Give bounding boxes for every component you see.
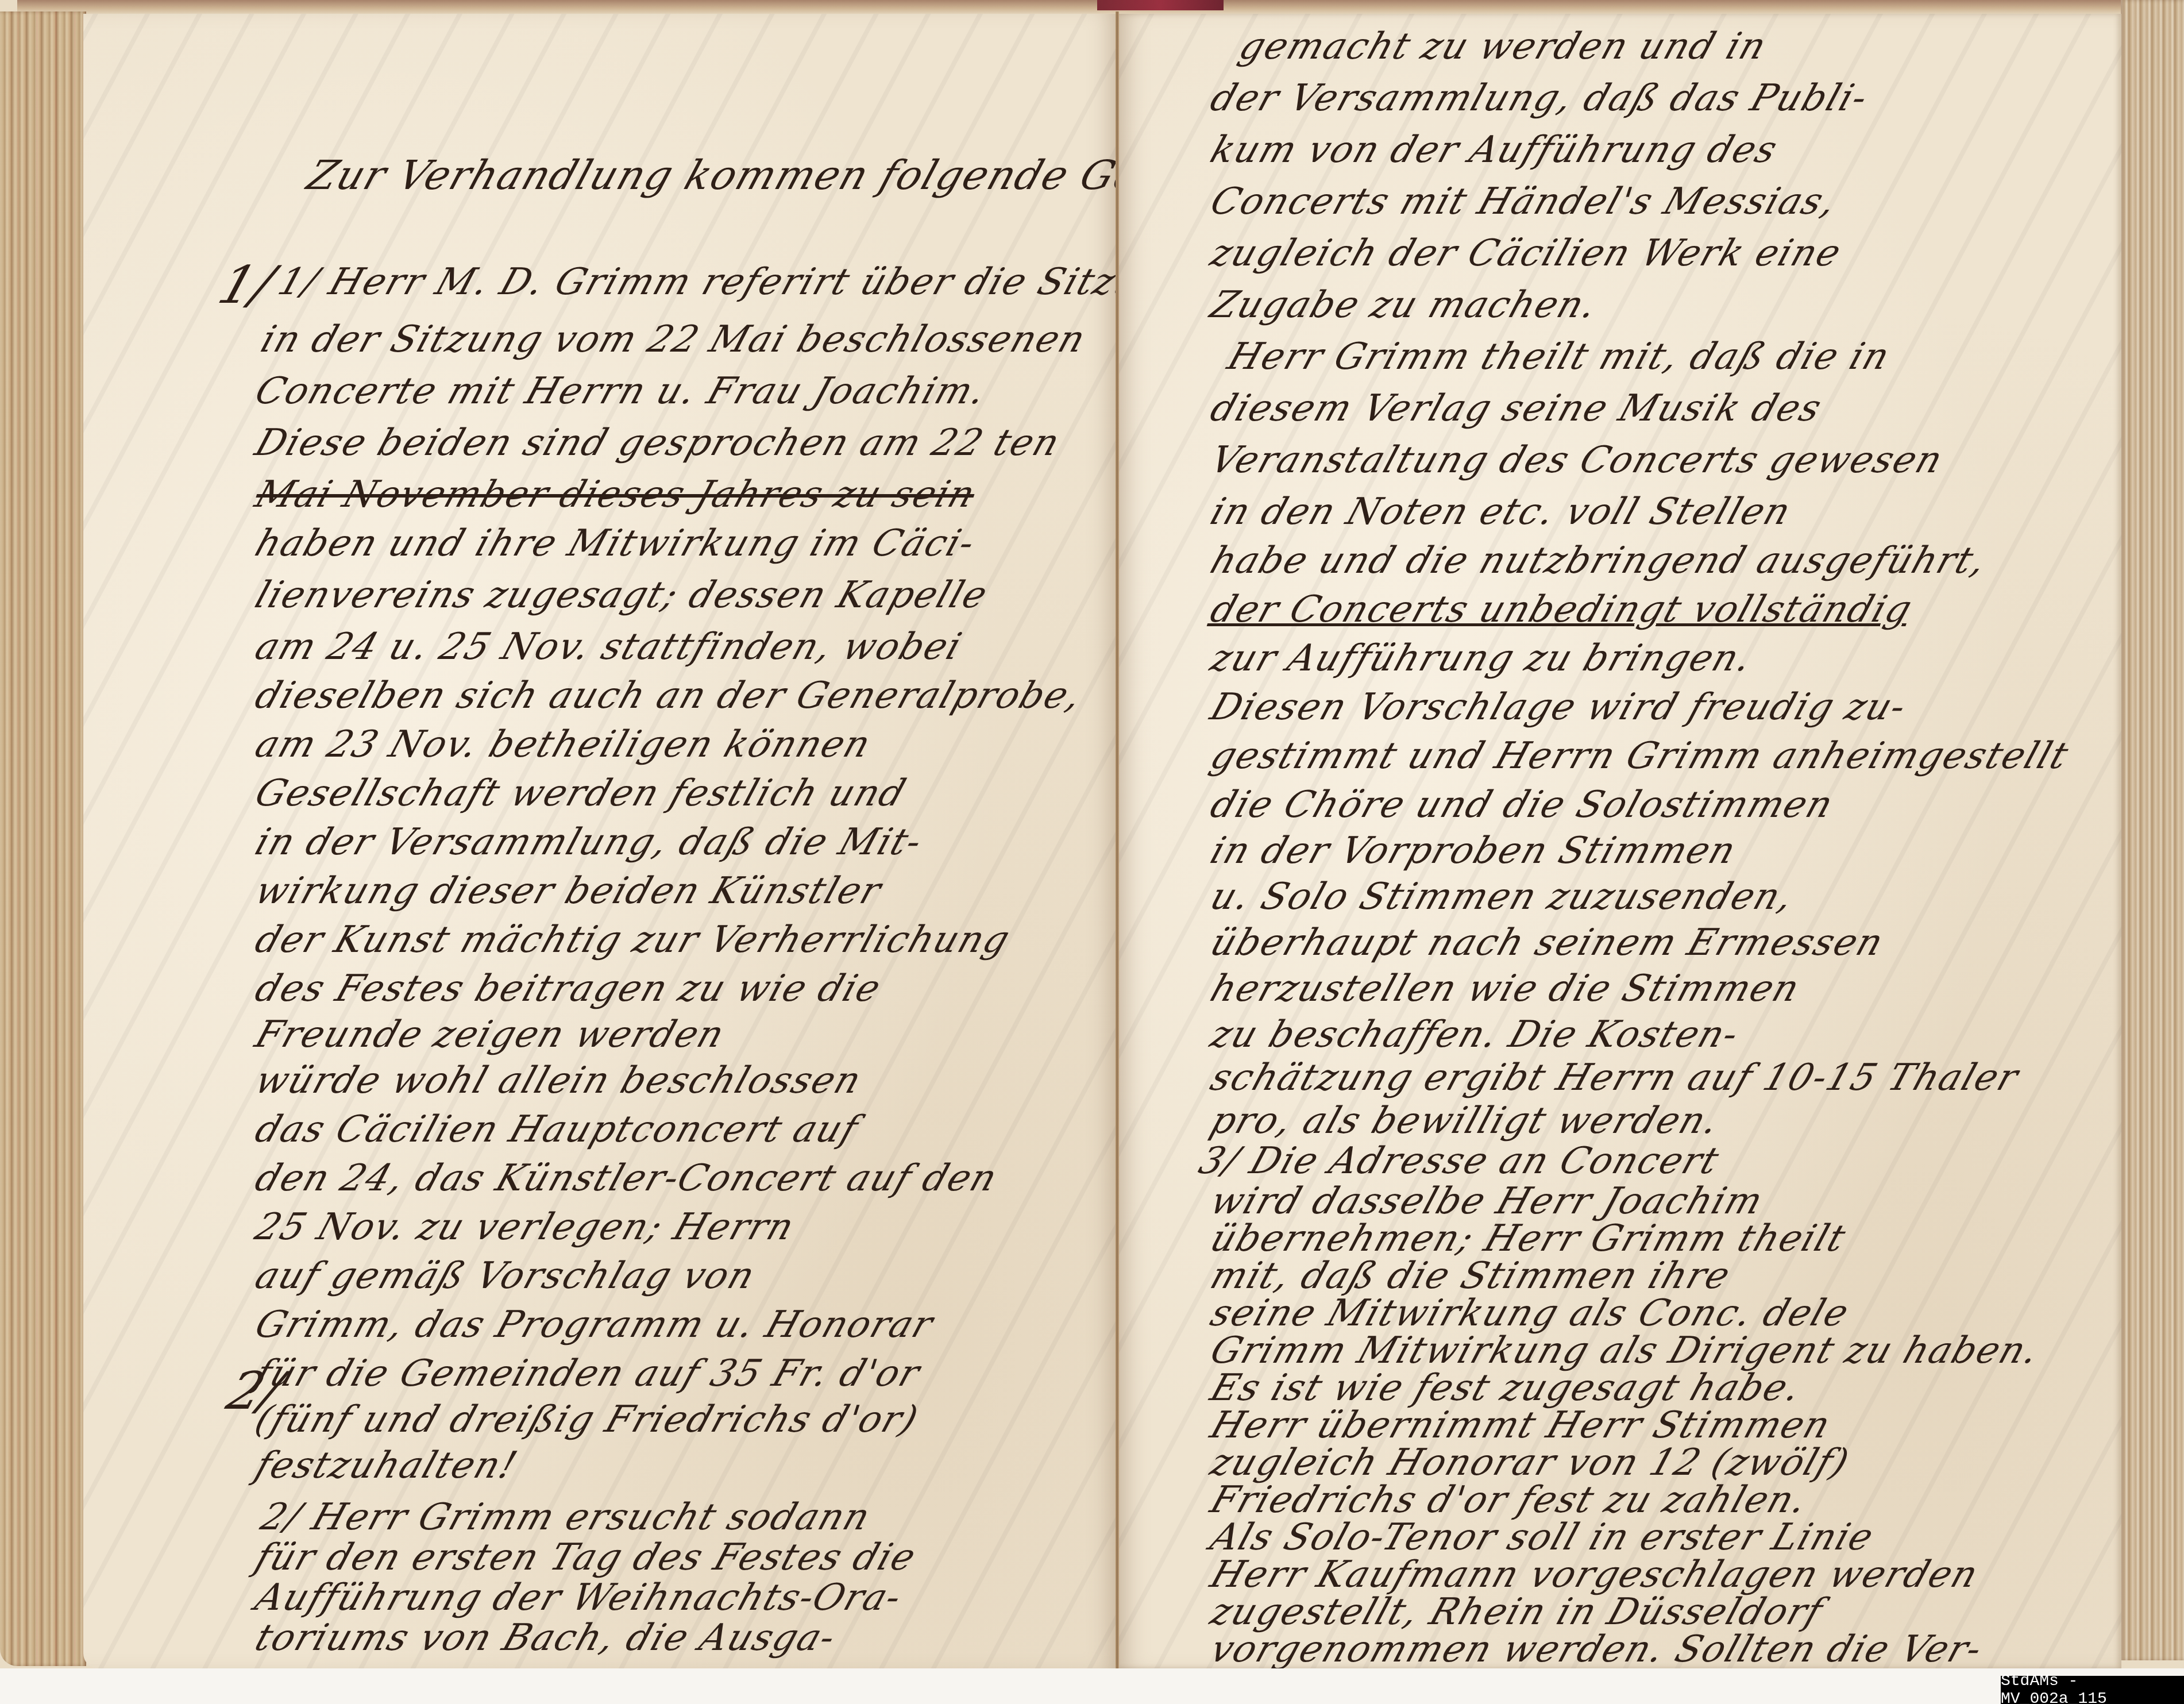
top-page-edges <box>17 0 2184 14</box>
item-3-line-7: Es ist wie fest zugesagt habe. <box>1205 1367 1807 1409</box>
left-line-5: Mai November dieses Jahres zu sein <box>250 473 981 516</box>
left-page: Zur Verhandlung kommen folgende Gegenstä… <box>83 14 1117 1668</box>
left-line-23: für die Gemeinden auf 35 Fr. d'or <box>250 1352 926 1395</box>
left-line-16: Freunde zeigen werden <box>250 1013 730 1056</box>
spine-headband <box>1097 0 1224 10</box>
left-line-9: dieselben sich auch an der Generalprobe, <box>250 674 1088 717</box>
margin-mark-item-1: 1/ <box>211 255 281 315</box>
item-2-line-1: 2/ Herr Grimm ersucht sodann <box>256 1496 876 1539</box>
right-line-16: die Chöre und die Solostimmen <box>1205 784 1839 826</box>
item-3-line-12: Herr Kaufmann vorgeschlagen werden <box>1205 1553 1984 1596</box>
right-line-5: zugleich der Cäcilien Werk eine <box>1205 232 1847 275</box>
left-line-24: (fünf und dreißig Friedrichs d'or) <box>250 1398 924 1441</box>
right-line-4: Concerts mit Händel's Messias, <box>1205 180 1842 223</box>
right-line-11: habe und die nutzbringend ausgeführt, <box>1205 539 1992 582</box>
left-line-15: des Festes beitragen zu wie die <box>250 967 887 1010</box>
right-line-12: der Concerts unbedingt vollständig <box>1205 588 1918 631</box>
right-line-17: in der Vorproben Stimmen <box>1205 830 1742 872</box>
scan-background <box>0 1668 2184 1704</box>
left-line-25: festzuhalten! <box>250 1444 523 1487</box>
right-line-3: kum von der Aufführung des <box>1205 129 1783 171</box>
item-3-line-4: mit, daß die Stimmen ihre <box>1205 1255 1736 1297</box>
right-page: gemacht zu werden und in der Versammlung… <box>1119 14 2121 1668</box>
item-3-line-10: Friedrichs d'or fest zu zahlen. <box>1205 1479 1813 1521</box>
left-line-14: der Kunst mächtig zur Verherrlichung <box>250 919 1016 961</box>
left-line-8: am 24 u. 25 Nov. stattfinden, wobei <box>250 626 967 668</box>
left-line-7: lienvereins zugesagt; dessen Kapelle <box>250 574 993 616</box>
right-line-21: zu beschaffen. Die Kosten- <box>1205 1013 1745 1056</box>
item-3-line-11: Als Solo-Tenor soll in erster Linie <box>1205 1516 1880 1559</box>
item-3-line-2: wird dasselbe Herr Joachim <box>1205 1180 1769 1223</box>
right-line-19: überhaupt nach seinem Ermessen <box>1205 922 1889 964</box>
right-line-9: Veranstaltung des Concerts gewesen <box>1205 439 1948 481</box>
right-line-13: zur Aufführung zu bringen. <box>1205 637 1758 680</box>
left-line-10: am 23 Nov. betheiligen können <box>250 723 877 766</box>
left-page-stack-edges <box>0 11 86 1666</box>
left-line-2: in der Sitzung vom 22 Mai beschlossenen <box>256 318 1091 361</box>
right-line-1: gemacht zu werden und in <box>1234 25 1772 68</box>
left-line-19: den 24, das Künstler-Concert auf den <box>250 1157 1003 1200</box>
item-3-line-14: vorgenommen werden. Sollten die Ver- <box>1205 1628 1988 1671</box>
right-line-10: in den Noten etc. voll Stellen <box>1205 491 1797 533</box>
left-line-13: wirkung dieser beiden Künstler <box>250 870 887 912</box>
item-3-line-6: Grimm Mitwirkung als Dirigent zu haben. <box>1205 1329 2045 1372</box>
left-line-3: Concerte mit Herrn u. Frau Joachim. <box>250 370 992 412</box>
item-2-line-2: für den ersten Tag des Festes die <box>250 1536 922 1579</box>
item-3-line-5: seine Mitwirkung als Conc. dele <box>1205 1292 1855 1335</box>
left-line-18: das Cäcilien Hauptconcert auf <box>250 1108 864 1151</box>
right-line-6: Zugabe zu machen. <box>1205 284 1603 326</box>
left-line-21: auf gemäß Vorschlag von <box>250 1255 761 1297</box>
item-3-line-3: übernehmen; Herr Grimm theilt <box>1205 1217 1851 1260</box>
item-3-line-9: zugleich Honorar von 12 (zwölf) <box>1205 1441 1855 1484</box>
right-line-15: gestimmt und Herrn Grimm anheimgestellt <box>1205 735 2074 777</box>
left-line-6: haben und ihre Mitwirkung im Cäci- <box>250 522 981 565</box>
right-line-20: herzustellen wie die Stimmen <box>1205 967 1805 1010</box>
right-line-2: der Versammlung, daß das Publi- <box>1205 77 1874 119</box>
right-line-22: schätzung ergibt Herrn auf 10-15 Thaler <box>1205 1057 2024 1099</box>
right-line-14: Diesen Vorschlage wird freudig zu- <box>1205 686 1912 728</box>
right-line-23: pro, als bewilligt werden. <box>1205 1100 1725 1142</box>
item-3-line-8: Herr übernimmt Herr Stimmen <box>1205 1404 1836 1447</box>
left-line-20: 25 Nov. zu verlegen; Herrn <box>250 1206 800 1248</box>
left-line-11: Gesellschaft werden festlich und <box>250 772 912 815</box>
right-page-stack-edges <box>2121 0 2184 1660</box>
item-2-line-3: Aufführung der Weihnachts-Ora- <box>250 1576 908 1619</box>
left-line-1: 1/ Herr M. D. Grimm referirt über die Si… <box>273 261 1196 303</box>
right-line-7: Herr Grimm theilt mit, daß die in <box>1222 336 1896 378</box>
left-line-4: Diese beiden sind gesprochen am 22 ten <box>250 422 1066 464</box>
item-3-line-13: zugestellt, Rhein in Düsseldorf <box>1205 1591 1828 1633</box>
archive-reference-label: StdAMs - MV_002a_115 <box>2001 1676 2184 1704</box>
left-line-22: Grimm, das Programm u. Honorar <box>250 1304 939 1346</box>
open-book-scan: Zur Verhandlung kommen folgende Gegenstä… <box>0 0 2184 1704</box>
left-line-12: in der Versammlung, daß die Mit- <box>250 821 928 863</box>
left-line-17: würde wohl allein beschlossen <box>250 1059 867 1102</box>
item-2-line-4: toriums von Bach, die Ausga- <box>250 1617 842 1659</box>
right-line-18: u. Solo Stimmen zuzusenden, <box>1205 876 1800 918</box>
right-line-8: diesem Verlag seine Musik des <box>1205 387 1827 430</box>
item-3-line-1: 3/ Die Adresse an Concert <box>1194 1140 1725 1182</box>
